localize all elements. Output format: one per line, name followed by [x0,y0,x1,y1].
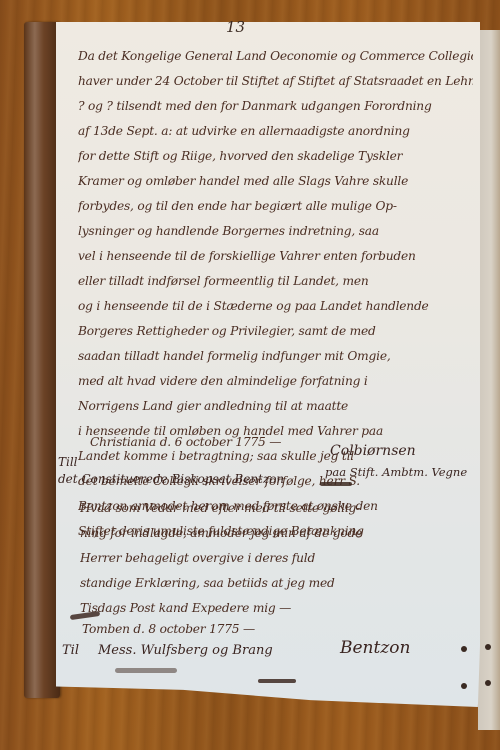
text-line: standige Erklæring, saa betiids at jeg m… [80,571,475,596]
letter-2-signature: Bentzon [340,638,410,658]
text-line: ? og ? tilsendt med den for Danmark udga… [78,94,473,119]
letter-1-place-date: Christiania d. 6 october 1775 — [90,430,485,455]
text-line: Hvad som Vedar med efter med til sette g… [80,496,475,521]
ink-flourish [320,482,352,486]
text-line: vel i henseende til de forskiellige Vahr… [78,244,473,269]
text-line: ning for indlagde, ammoder jeg min af de… [80,521,475,546]
binding-hole [461,646,467,652]
letter-2-margin-note: Til [62,643,79,658]
text-line: Norrigens Land gier andledning til at ma… [78,394,473,419]
text-line: med alt hvad videre den almindelige forf… [78,369,473,394]
text-line: og i henseende til de i Stæderne og paa … [78,294,473,319]
text-line: af 13de Sept. a: at udvirke en allernaad… [78,119,473,144]
letter-2-body: Hvad som Vedar med efter med til sette g… [80,496,475,621]
letter-1-signature: Colbiørnsen [330,443,416,459]
place-date: Christiania d. 6 october 1775 — [90,430,485,455]
letter-1-addressee: det Constituerede Biskopsat Bentzon [58,472,284,486]
letter-1-margin-note: Till [58,455,78,469]
page-number: 13 [226,18,245,36]
ink-smudge [115,668,177,673]
ink-flourish [258,679,296,683]
text-line: for dette Stift og Riige, hvorved den sk… [78,144,473,169]
book-binding-spine [24,22,60,698]
adjacent-page-edge [478,30,500,730]
letter-2-addressee: Mess. Wulfsberg og Brang [98,643,273,658]
text-line: lysninger og handlende Borgernes indretn… [78,219,473,244]
place-date: Tomben d. 8 october 1775 — [82,617,477,642]
text-line: eller tilladt indførsel formeentlig til … [78,269,473,294]
text-line: Da det Kongelige General Land Oeconomie … [78,44,473,69]
text-line: saadan tilladt handel formelig indfunger… [78,344,473,369]
text-line: Kramer og omløber handel med alle Slags … [78,169,473,194]
text-line: Borgeres Rettigheder og Privilegier, sam… [78,319,473,344]
text-line: forbydes, og til den ende har begiært al… [78,194,473,219]
text-line: haver under 24 October til Stiftet af St… [78,69,473,94]
binding-hole [461,683,467,689]
text-line: Herrer behageligt overgive i deres fuld [80,546,475,571]
binding-hole [485,644,491,650]
letter-1-signature-note: paa Stift. Ambtm. Vegne [325,465,467,479]
letter-2-place-date: Tomben d. 8 october 1775 — [82,617,477,642]
binding-hole [485,680,491,686]
